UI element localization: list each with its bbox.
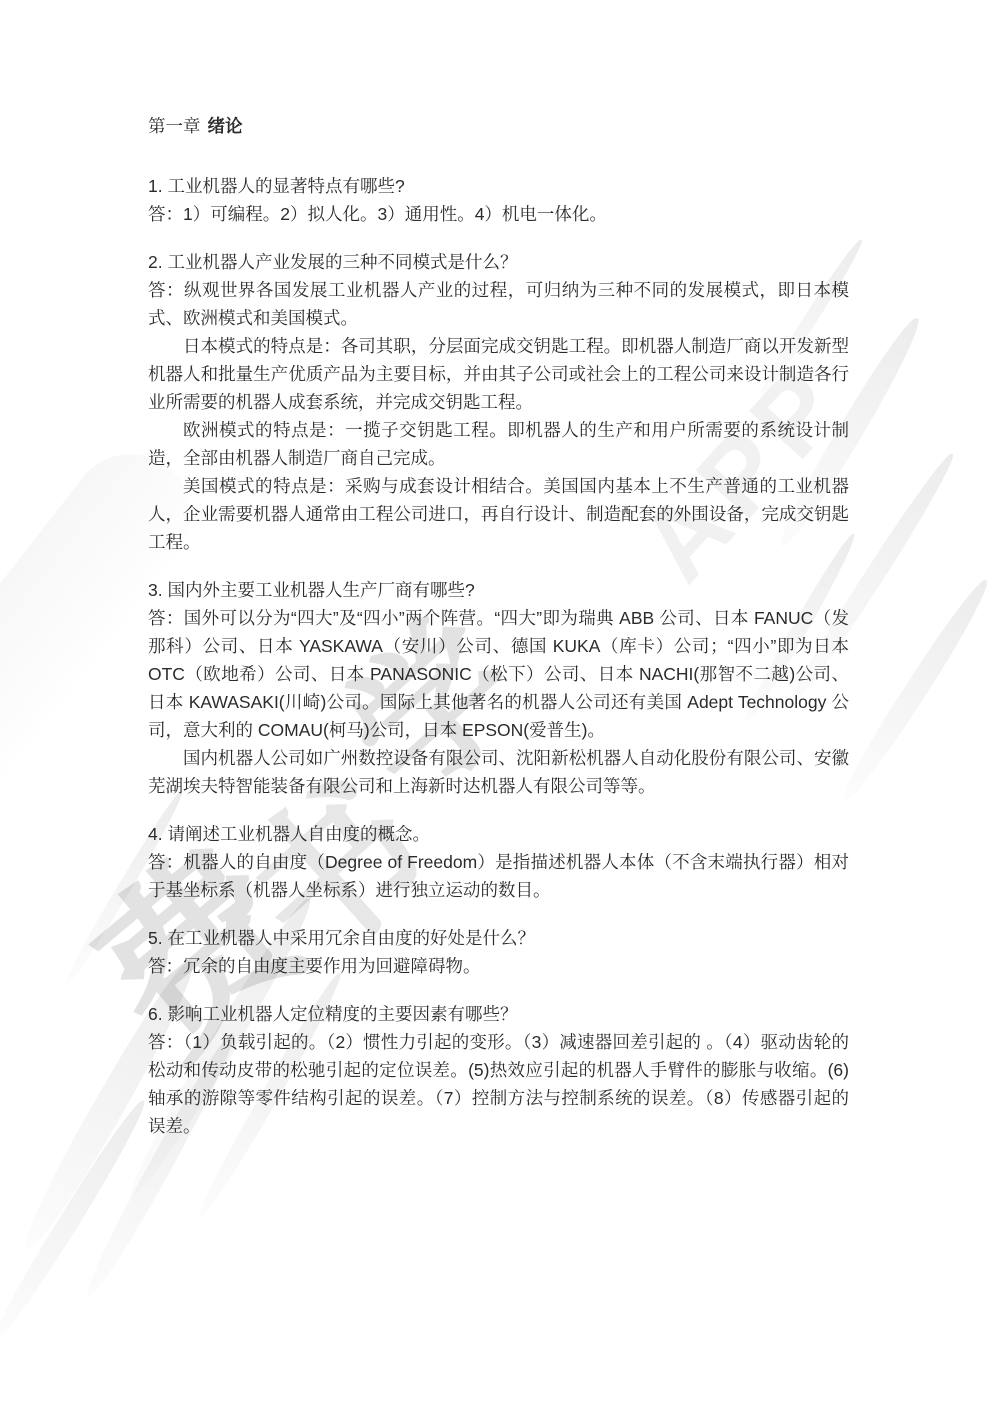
- question-text: 5. 在工业机器人中采用冗余自由度的好处是什么？: [148, 924, 849, 952]
- answer-paragraph: 美国模式的特点是：采购与成套设计相结合。美国国内基本上不生产普通的工业机器人，企…: [148, 472, 849, 556]
- qa-block-3: 3. 国内外主要工业机器人生产厂商有哪些? 答：国外可以分为“四大”及“四小”两…: [148, 576, 849, 800]
- question-text: 2. 工业机器人产业发展的三种不同模式是什么？: [148, 248, 849, 276]
- answer-paragraph: 答：1）可编程。2）拟人化。3）通用性。4）机电一体化。: [148, 200, 849, 228]
- answer-paragraph: 答：（1）负载引起的。（2）惯性力引起的变形。（3）减速器回差引起的 。（4）驱…: [148, 1028, 849, 1140]
- chapter-heading: 第一章绪论: [148, 112, 849, 140]
- chapter-title: 绪论: [208, 116, 243, 136]
- qa-block-6: 6. 影响工业机器人定位精度的主要因素有哪些？ 答：（1）负载引起的。（2）惯性…: [148, 1000, 849, 1140]
- answer-paragraph: 欧洲模式的特点是：一揽子交钥匙工程。即机器人的生产和用户所需要的系统设计制造，全…: [148, 416, 849, 472]
- qa-block-2: 2. 工业机器人产业发展的三种不同模式是什么？ 答：纵观世界各国发展工业机器人产…: [148, 248, 849, 556]
- answer-paragraph: 答：纵观世界各国发展工业机器人产业的过程，可归纳为三种不同的发展模式，即日本模式…: [148, 276, 849, 332]
- watermark-streak: [836, 575, 993, 805]
- qa-block-5: 5. 在工业机器人中采用冗余自由度的好处是什么？ 答：冗余的自由度主要作用为回避…: [148, 924, 849, 980]
- qa-block-1: 1. 工业机器人的显著特点有哪些? 答：1）可编程。2）拟人化。3）通用性。4）…: [148, 172, 849, 228]
- chapter-number: 第一章: [148, 116, 201, 136]
- question-text: 1. 工业机器人的显著特点有哪些?: [148, 172, 849, 200]
- answer-paragraph: 答：国外可以分为“四大”及“四小”两个阵营。“四大”即为瑞典 ABB 公司、日本…: [148, 604, 849, 744]
- watermark-streak: [0, 1096, 153, 1344]
- qa-block-4: 4. 请阐述工业机器人自由度的概念。 答：机器人的自由度（Degree of F…: [148, 820, 849, 904]
- question-text: 4. 请阐述工业机器人自由度的概念。: [148, 820, 849, 848]
- document-content: 第一章绪论 1. 工业机器人的显著特点有哪些? 答：1）可编程。2）拟人化。3）…: [148, 112, 849, 1140]
- question-text: 6. 影响工业机器人定位精度的主要因素有哪些？: [148, 1000, 849, 1028]
- question-text: 3. 国内外主要工业机器人生产厂商有哪些?: [148, 576, 849, 604]
- answer-paragraph: 日本模式的特点是：各司其职，分层面完成交钥匙工程。即机器人制造厂商以开发新型机器…: [148, 332, 849, 416]
- answer-paragraph: 答：机器人的自由度（Degree of Freedom）是指描述机器人本体（不含…: [148, 848, 849, 904]
- answer-paragraph: 国内机器人公司如广州数控设备有限公司、沈阳新松机器人自动化股份有限公司、安徽芜湖…: [148, 744, 849, 800]
- document-page: 费 书 学 APP 第一章绪论 1. 工业机器人的显著特点有哪些? 答：1）可编…: [0, 0, 993, 1404]
- answer-paragraph: 答：冗余的自由度主要作用为回避障碍物。: [148, 952, 849, 980]
